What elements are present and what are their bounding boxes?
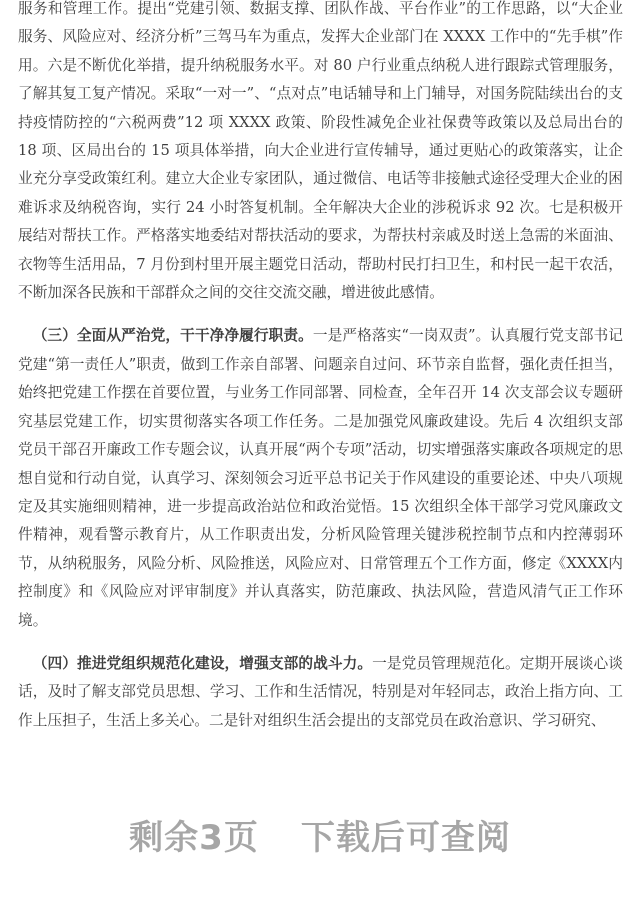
document-page: 服务和管理工作。提出“党建引领、数据支撑、团队作战、平台作业”的工作思路，以“大…	[0, 0, 640, 897]
section-four-heading: （四）推进党组织规范化建设，增强支部的战斗力。	[33, 655, 372, 672]
paragraph-section-three: （三）全面从严治党，干干净净履行职责。一是严格落实“一岗双责”。认真履行党支部书…	[18, 322, 623, 634]
paragraph-text: 一是严格落实“一岗双责”。认真履行党支部书记党建“第一责任人”职责，做到工作亲自…	[18, 327, 623, 628]
paragraph-section-four: （四）推进党组织规范化建设，增强支部的战斗力。一是党员管理规范化。定期开展谈心谈…	[18, 650, 623, 735]
section-three-heading: （三）全面从严治党，干干净净履行职责。	[33, 327, 313, 344]
paragraph-text: 服务和管理工作。提出“党建引领、数据支撑、团队作战、平台作业”的工作思路，以“大…	[18, 0, 623, 301]
paragraph-continuation: 服务和管理工作。提出“党建引领、数据支撑、团队作战、平台作业”的工作思路，以“大…	[18, 0, 623, 307]
download-prompt: 剩余3页下载后可查阅	[0, 815, 640, 861]
download-hint-label: 下载后可查阅	[301, 818, 511, 858]
document-body: 服务和管理工作。提出“党建引领、数据支撑、团队作战、平台作业”的工作思路，以“大…	[18, 0, 623, 735]
remaining-pages-label: 剩余3页	[129, 818, 259, 858]
